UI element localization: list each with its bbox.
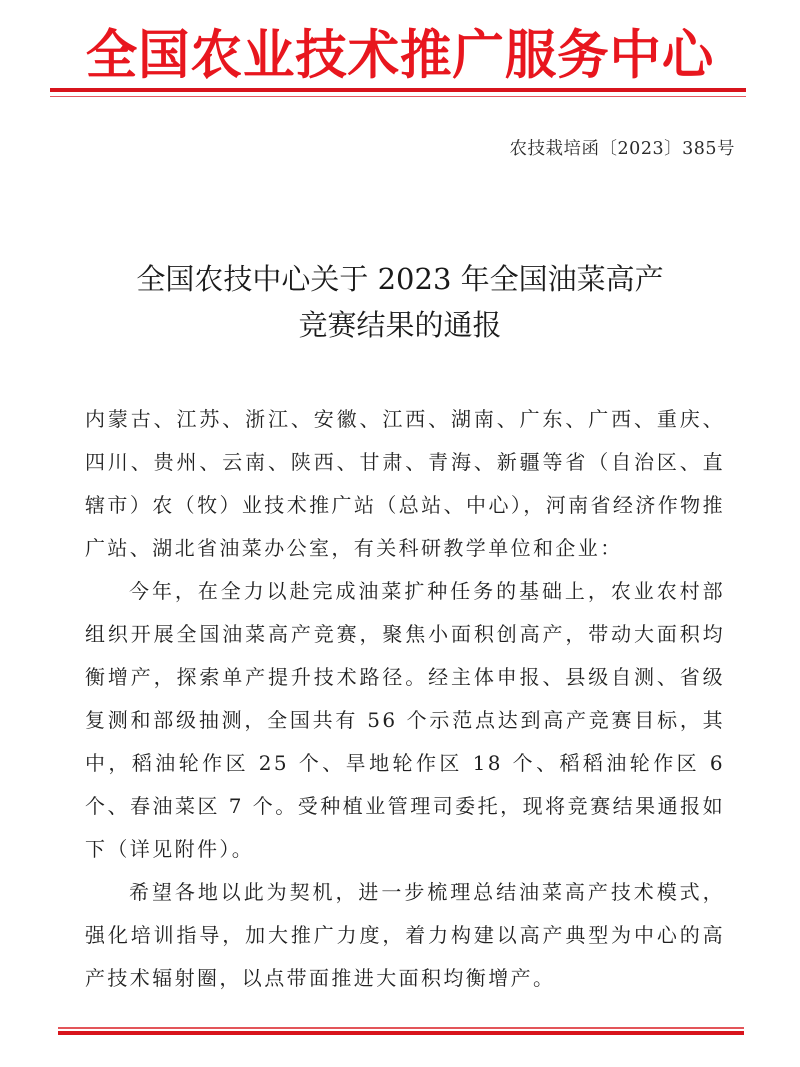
footer-red-rule-thick bbox=[58, 1031, 744, 1035]
body-paragraph-1: 今年，在全力以赴完成油菜扩种任务的基础上，农业农村部组织开展全国油菜高产竞赛，聚… bbox=[85, 570, 725, 871]
document-body: 内蒙古、江苏、浙江、安徽、江西、湖南、广东、广西、重庆、四川、贵州、云南、陕西、… bbox=[85, 398, 725, 1000]
header-red-rule-thin bbox=[50, 96, 746, 97]
footer-red-rule-thin bbox=[58, 1027, 744, 1029]
document-title: 全国农技中心关于 2023 年全国油菜高产 竞赛结果的通报 bbox=[0, 256, 800, 348]
document-number: 农技栽培函〔2023〕385号 bbox=[510, 136, 735, 162]
header-red-rule-thick bbox=[50, 88, 746, 92]
title-line-2: 竞赛结果的通报 bbox=[0, 302, 800, 348]
title-line-1: 全国农技中心关于 2023 年全国油菜高产 bbox=[0, 256, 800, 302]
org-masthead: 全国农业技术推广服务中心 bbox=[12, 24, 788, 88]
recipients-paragraph: 内蒙古、江苏、浙江、安徽、江西、湖南、广东、广西、重庆、四川、贵州、云南、陕西、… bbox=[85, 398, 725, 570]
body-paragraph-2: 希望各地以此为契机，进一步梳理总结油菜高产技术模式，强化培训指导，加大推广力度，… bbox=[85, 871, 725, 1000]
